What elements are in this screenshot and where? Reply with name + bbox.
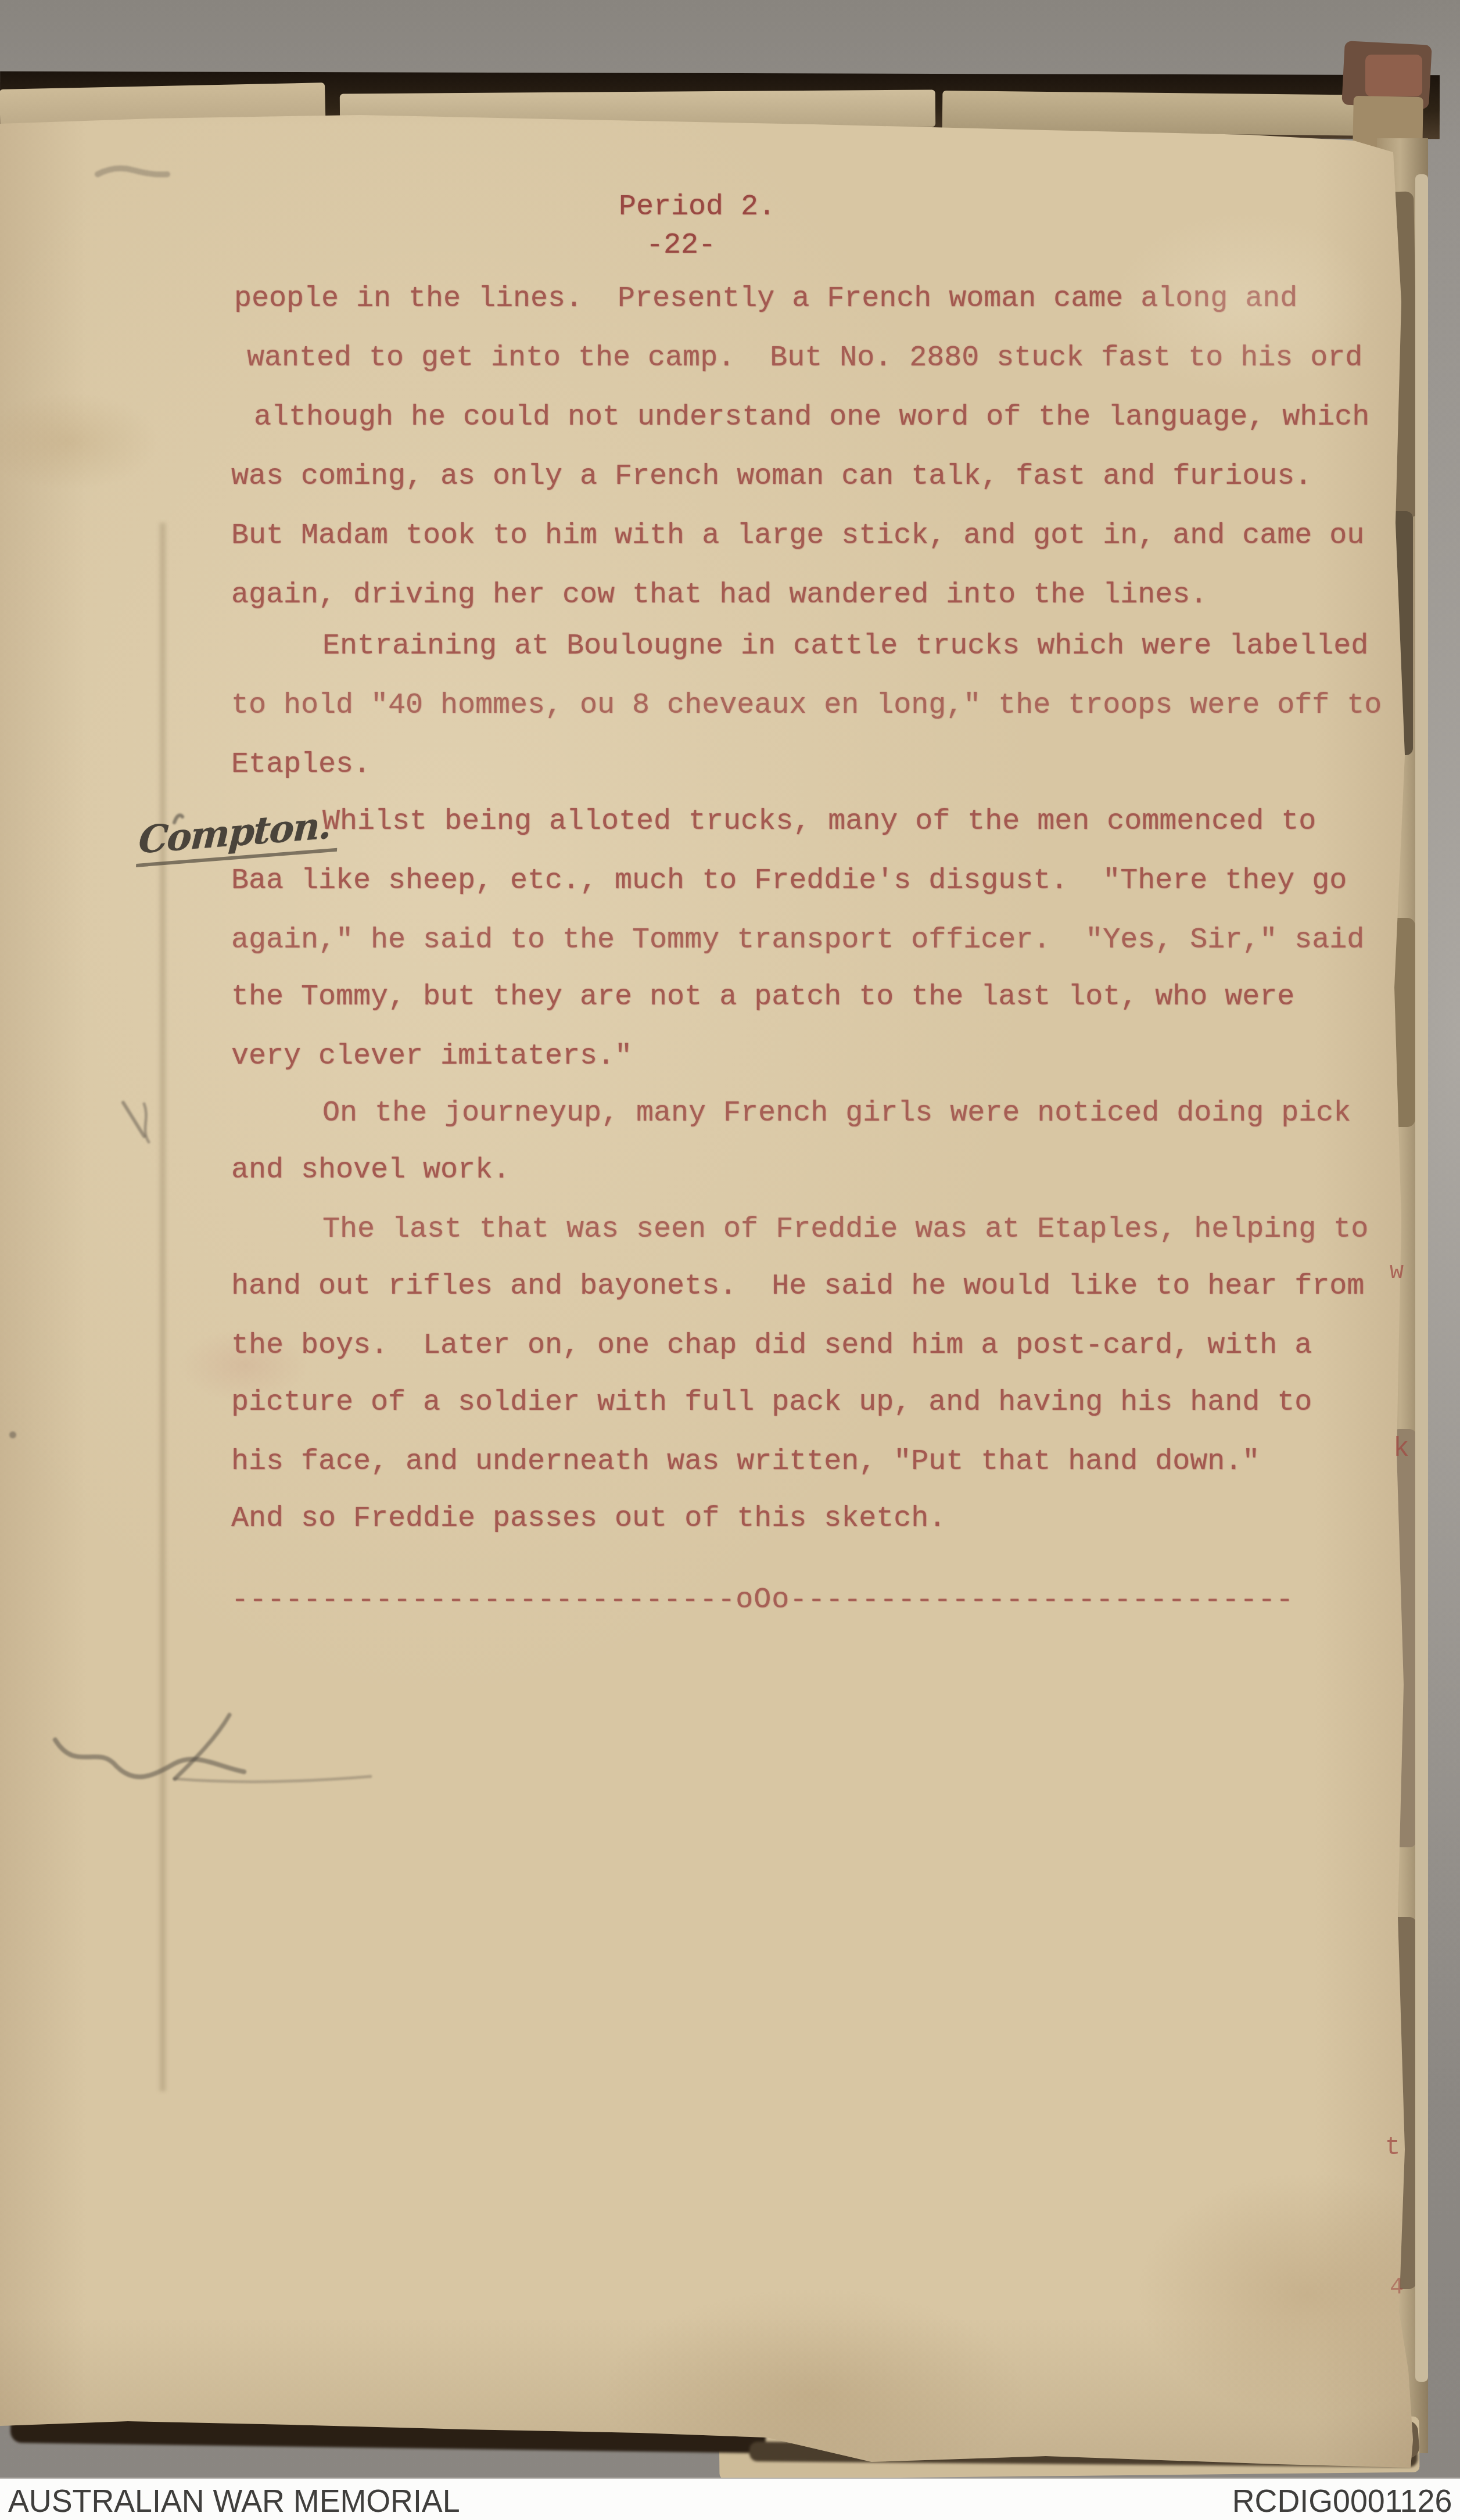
awm-footer-title: AUSTRALIAN WAR MEMORIAL — [8, 2481, 460, 2519]
tape-patch — [1365, 55, 1422, 96]
typewritten-line: and shovel work. — [231, 1156, 510, 1185]
typewritten-line: the boys. Later on, one chap did send hi… — [231, 1331, 1312, 1360]
typewritten-line: was coming, as only a French woman can t… — [231, 462, 1312, 491]
typewritten-line: But Madam took to him with a large stick… — [231, 522, 1364, 551]
typewritten-line: although he could not understand one wor… — [254, 403, 1369, 432]
typewritten-line: On the journeyup, many French girls were… — [322, 1099, 1351, 1128]
typewritten-line: picture of a soldier with full pack up, … — [231, 1388, 1312, 1417]
typewritten-line: Baa like sheep, etc., much to Freddie's … — [231, 867, 1347, 896]
typewritten-line: wanted to get into the camp. But No. 288… — [247, 344, 1362, 373]
document-page: Period 2. -22- people in the lines. Pres… — [0, 0, 1460, 2520]
ink-bleed-fragment: 4 — [1390, 2275, 1404, 2301]
typewritten-line: The last that was seen of Freddie was at… — [322, 1215, 1368, 1244]
typewritten-line: his face, and underneath was written, "P… — [231, 1448, 1260, 1477]
typewritten-line: to hold "40 hommes, ou 8 cheveaux en lon… — [231, 691, 1382, 720]
typewritten-line: Entraining at Boulougne in cattle trucks… — [322, 632, 1368, 661]
awm-collection-id: RCDIG0001126 — [1232, 2481, 1452, 2519]
typewritten-line: hand out rifles and bayonets. He said he… — [231, 1272, 1364, 1301]
underlying-page-edge — [942, 91, 1384, 136]
typewritten-line: people in the lines. Presently a French … — [234, 285, 1297, 314]
typewritten-line: the Tommy, but they are not a patch to t… — [231, 983, 1294, 1012]
ink-bleed-fragment: w — [1390, 1259, 1404, 1286]
page-crease — [158, 523, 167, 2091]
page-heading: Period 2. — [619, 193, 776, 222]
ink-bleed-fragment: t — [1385, 2133, 1400, 2162]
typewritten-line: Etaples. — [231, 751, 371, 780]
scanned-document-photo: Period 2. -22- people in the lines. Pres… — [0, 0, 1460, 2520]
awm-footer-bar: AUSTRALIAN WAR MEMORIAL RCDIG0001126 — [0, 2478, 1460, 2520]
fore-edge-strip — [1415, 174, 1428, 2382]
typewritten-line: Whilst being alloted trucks, many of the… — [322, 807, 1316, 837]
typewritten-line: again, driving her cow that had wandered… — [231, 581, 1207, 610]
page-number: -22- — [646, 231, 716, 260]
typed-divider-ooo: ----------------------------oOo---------… — [231, 1586, 1294, 1615]
typewritten-line: again," he said to the Tommy transport o… — [231, 926, 1364, 955]
ink-bleed-fragment: k — [1393, 1434, 1409, 1464]
typewritten-line: And so Freddie passes out of this sketch… — [231, 1505, 946, 1534]
typewritten-line: very clever imitaters." — [231, 1042, 632, 1071]
